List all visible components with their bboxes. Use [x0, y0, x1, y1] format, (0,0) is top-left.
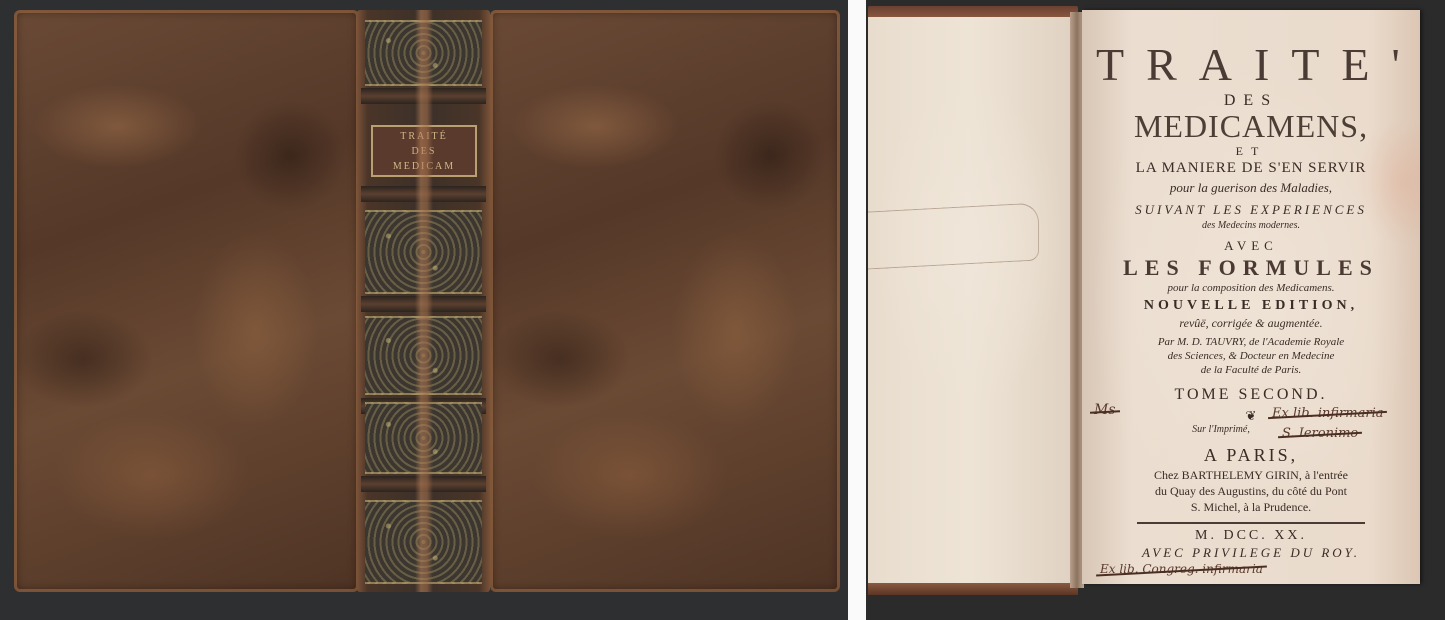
- publisher-line-2: du Quay des Augustins, du côté du Pont: [1082, 484, 1420, 499]
- flyleaf-tear: [868, 203, 1039, 270]
- author-line-1: Par M. D. TAUVRY, de l'Academie Royale: [1082, 336, 1420, 348]
- privilege-statement: AVEC PRIVILEGE DU ROY.: [1082, 545, 1420, 561]
- edition-revue: revûë, corrigée & augmentée.: [1082, 316, 1420, 331]
- handwritten-note-location: S. Ieronimo: [1282, 426, 1358, 441]
- handwritten-note-left: Ms: [1094, 402, 1116, 418]
- subtitle-guerison: pour la guerison des Maladies,: [1082, 180, 1420, 196]
- author-line-2: des Sciences, & Docteur en Medecine: [1082, 350, 1420, 362]
- subtitle-maniere: LA MANIERE DE S'EN SERVIR: [1082, 160, 1420, 177]
- front-board: [14, 10, 359, 592]
- title-page: TRAITE' DES MEDICAMENS, ET LA MANIERE DE…: [1082, 10, 1420, 584]
- binding-photo: TRAITÉ DES MEDICAM: [0, 0, 848, 620]
- author-line-3: de la Faculté de Paris.: [1082, 364, 1420, 376]
- publisher-line-1: Chez BARTHELEMY GIRIN, à l'entrée: [1082, 468, 1420, 483]
- subtitle-avec: AVEC: [1082, 238, 1420, 254]
- sur-imprime: Sur l'Imprimé,: [1082, 424, 1420, 435]
- book-title: TRAITE': [1082, 38, 1420, 91]
- flyleaf-page: [868, 17, 1072, 584]
- back-board: [490, 10, 840, 592]
- publisher-line-3: S. Michel, à la Prudence.: [1082, 500, 1420, 515]
- book-spine: TRAITÉ DES MEDICAM: [357, 10, 490, 592]
- spine-wear-crack: [415, 10, 433, 592]
- imprint-rule: [1137, 522, 1365, 524]
- board-edge-bottom: [868, 583, 1078, 595]
- title-medicamens: MEDICAMENS,: [1082, 108, 1420, 145]
- title-et: ET: [1082, 144, 1420, 159]
- handwritten-note-bottom: Ex lib. Congreg. infirmaria: [1100, 562, 1263, 576]
- subtitle-formules: LES FORMULES: [1082, 255, 1420, 281]
- photo-divider: [848, 0, 866, 620]
- subtitle-composition: pour la composition des Medicamens.: [1082, 282, 1420, 294]
- subtitle-suivant: SUIVANT LES EXPERIENCES: [1082, 202, 1420, 218]
- handwritten-note-ownership: Ex lib. infirmaria: [1272, 406, 1383, 421]
- imprint-year: M. DCC. XX.: [1082, 528, 1420, 544]
- volume-statement: TOME SECOND.: [1082, 386, 1420, 404]
- edition-statement: NOUVELLE EDITION,: [1082, 298, 1420, 314]
- imprint-place: A PARIS,: [1082, 445, 1420, 466]
- subtitle-medecins: des Medecins modernes.: [1082, 220, 1420, 231]
- title-page-photo: TRAITE' DES MEDICAMENS, ET LA MANIERE DE…: [866, 0, 1445, 620]
